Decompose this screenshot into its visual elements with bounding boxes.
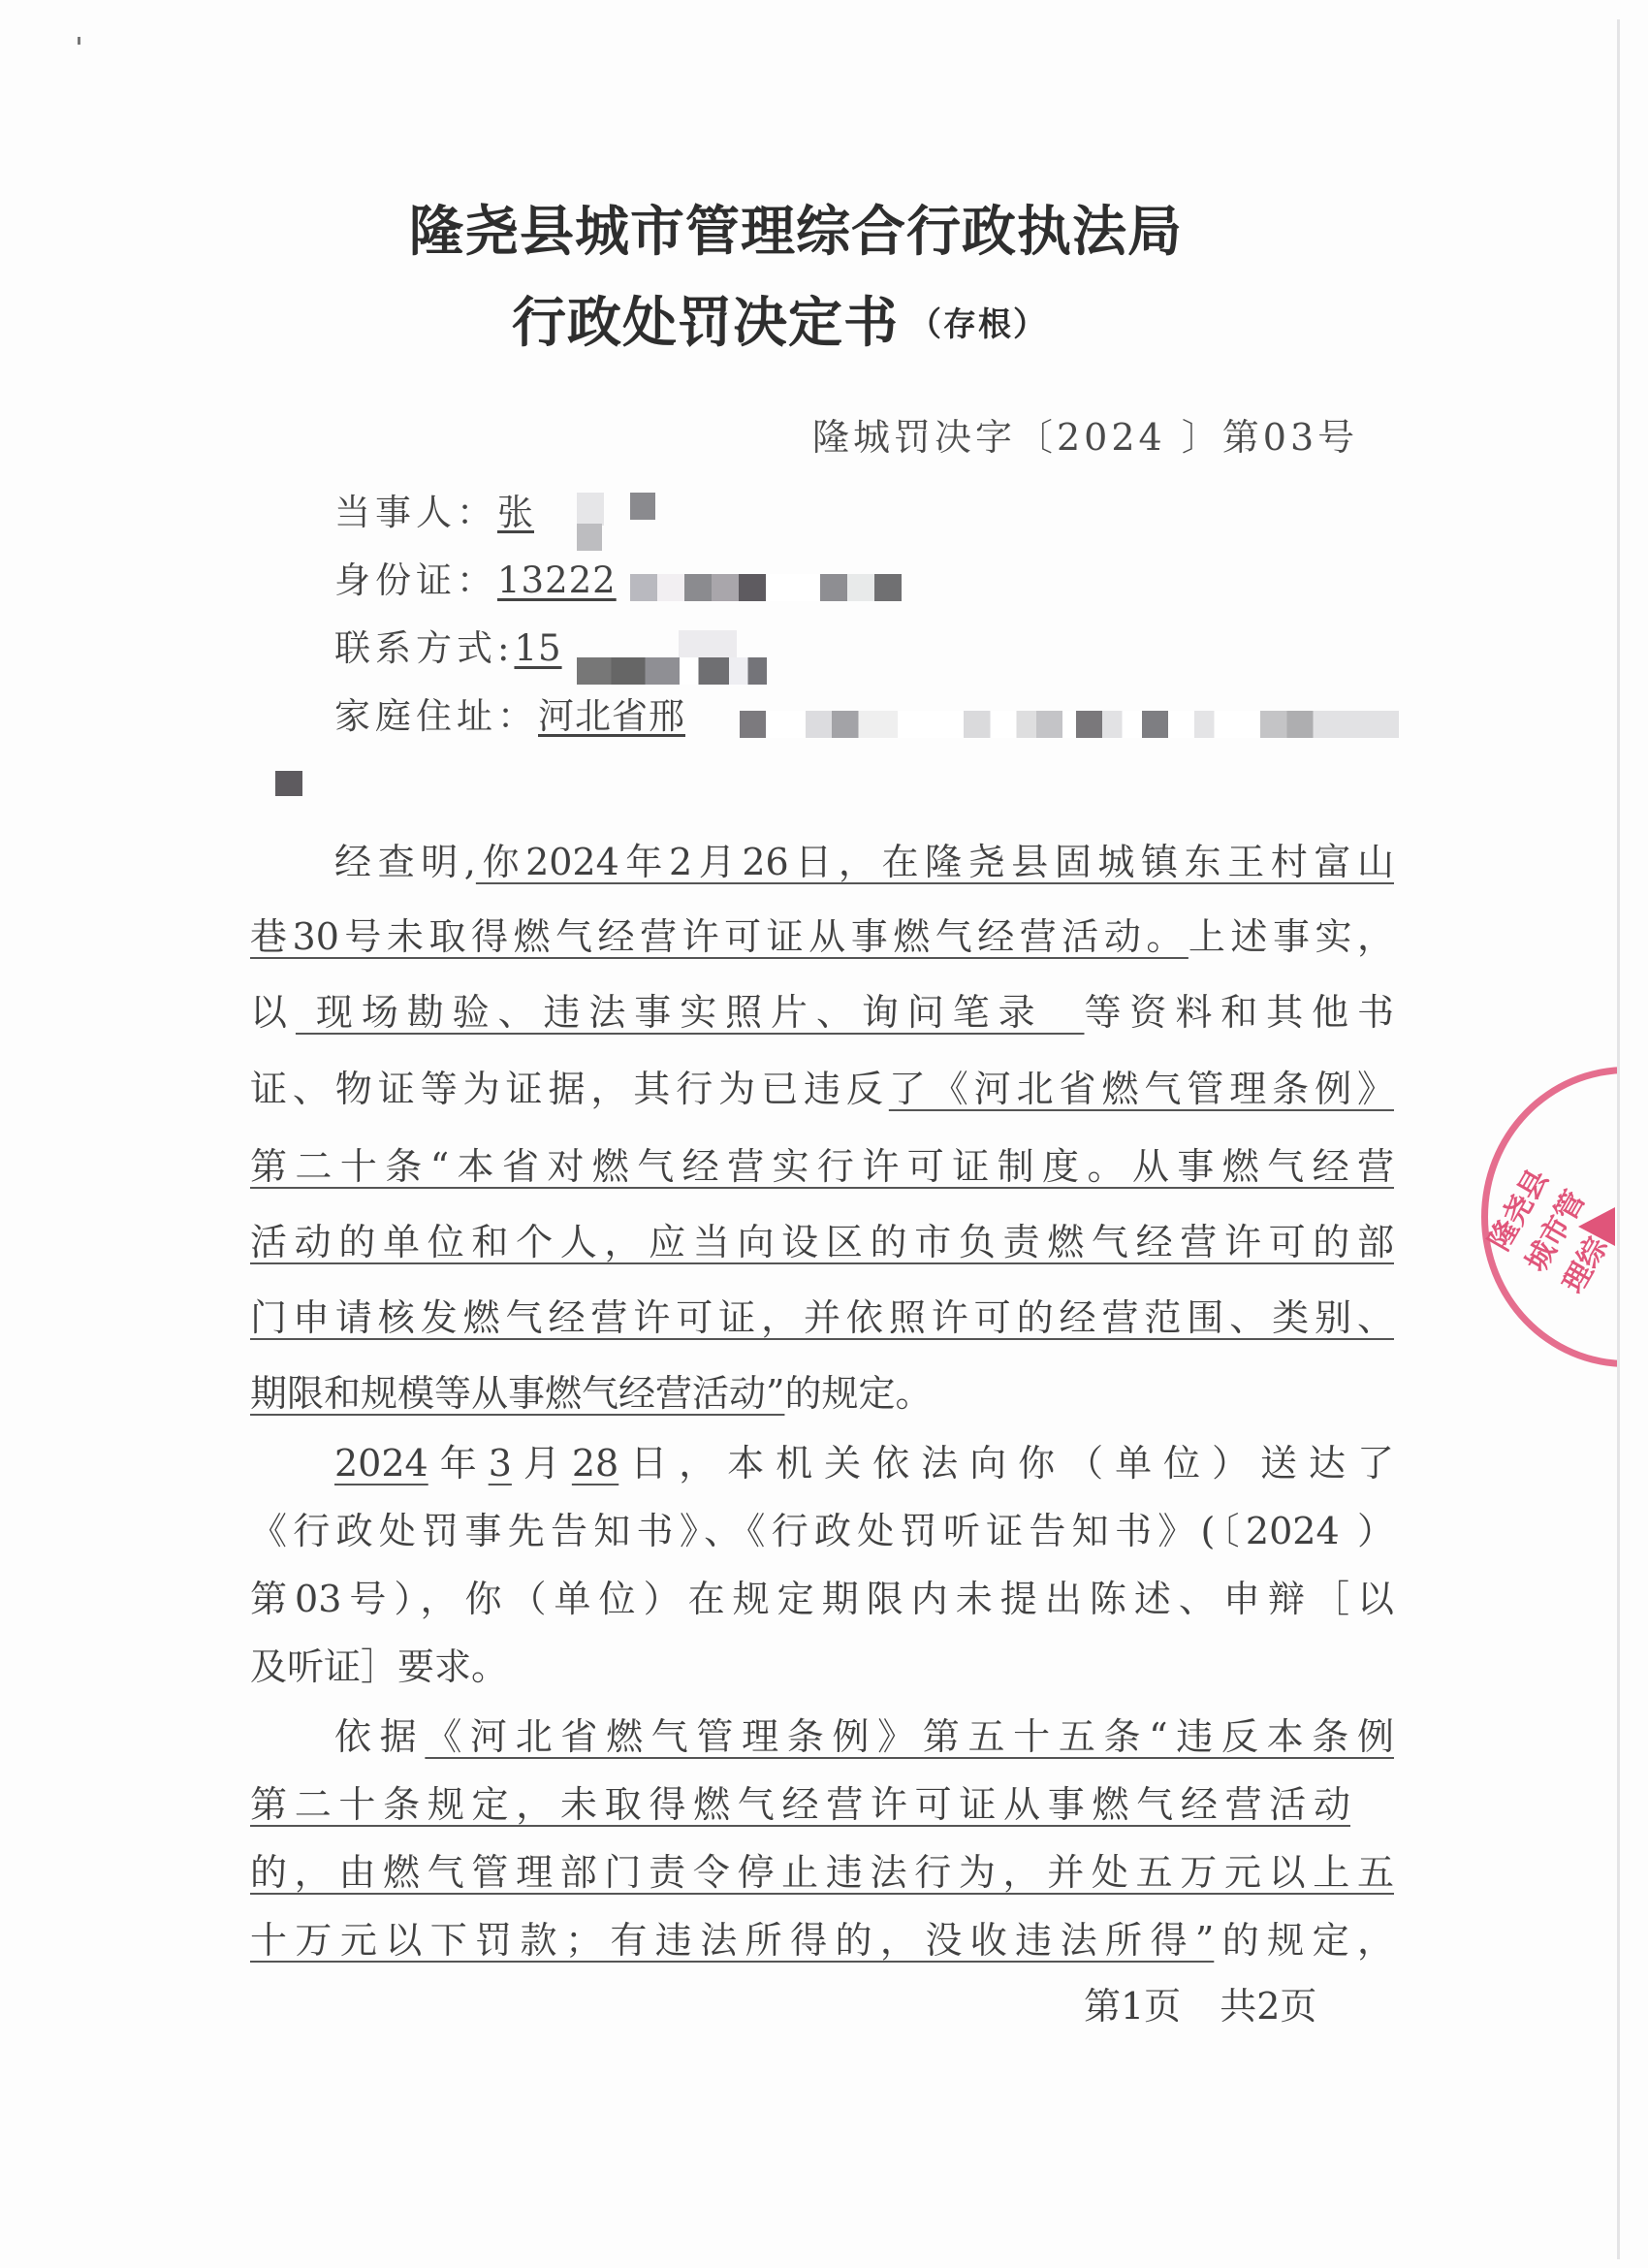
- party-id-label: 身份证：: [334, 559, 497, 601]
- text-plain: 等资料和其他书: [1085, 991, 1394, 1034]
- text-line: 门申请核发燃气经营许可证，并依照许可的经营范围、类别、: [250, 1299, 1394, 1336]
- party-address-value: 河北省邢: [538, 695, 685, 737]
- party-id-value: 13222: [497, 559, 617, 601]
- text-line: 以 现场勘验、违法事实照片、询问笔录 等资料和其他书: [250, 994, 1394, 1031]
- text-plain: 日，本机关依法向你（单位）送达了: [618, 1442, 1394, 1485]
- page-number: 第1页共2页: [1084, 1988, 1355, 2025]
- text-line: 2024年3月28日，本机关依法向你（单位）送达了: [334, 1445, 1394, 1482]
- text-plain: 依据: [334, 1715, 425, 1758]
- title-suffix: （存根）: [908, 305, 1048, 344]
- date-day: 28: [572, 1442, 618, 1485]
- text-underlined: 现场勘验、违法事实照片、询问笔录: [296, 991, 1085, 1034]
- text-underlined: 你2024年2月26日，在隆尧县固城镇东王村富山: [476, 841, 1394, 883]
- text-line: 依据《河北省燃气管理条例》第五十五条“违反本条例: [334, 1718, 1394, 1755]
- page-current: 第1页: [1084, 1985, 1181, 2028]
- text-line: 活动的单位和个人，应当向设区的市负责燃气经营许可的部: [250, 1224, 1394, 1261]
- text-plain: 月: [512, 1442, 572, 1485]
- party-contact-label: 联系方式:: [334, 627, 514, 669]
- redaction-block: [740, 711, 1399, 738]
- text-line: 期限和规模等从事燃气经营活动”的规定。: [250, 1375, 1394, 1412]
- party-name-label: 当事人：: [334, 492, 497, 533]
- redaction-block: [577, 657, 767, 685]
- title-main: 行政处罚决定书: [512, 292, 899, 355]
- text-underlined: 十万元以下罚款；有违法所得的，没收违法所得”: [250, 1919, 1214, 1962]
- text-line: 《行政处罚事先告知书》、《行政处罚听证告知书》(〔2024 ）: [250, 1513, 1394, 1549]
- document-number: 隆城罚决字〔2024 〕第03号: [812, 419, 1358, 456]
- text-line: 第二十条规定，未取得燃气经营许可证从事燃气经营活动: [250, 1786, 1350, 1823]
- party-name-row: 当事人：张: [334, 495, 534, 530]
- text-underlined: 巷30号未取得燃气经营许可证从事燃气经营活动。: [250, 915, 1188, 958]
- text-plain: 以: [250, 991, 296, 1034]
- party-name-value: 张: [497, 492, 534, 533]
- text-underlined: 活动的单位和个人，应当向设区的市负责燃气经营许可的部: [250, 1221, 1394, 1263]
- party-contact-value: 15: [514, 627, 561, 669]
- redaction-block: [630, 574, 902, 601]
- text-line: 的，由燃气管理部门责令停止违法行为，并处五万元以上五: [250, 1854, 1394, 1891]
- text-line: 巷30号未取得燃气经营许可证从事燃气经营活动。上述事实，: [250, 918, 1394, 955]
- redaction-block: [577, 524, 602, 551]
- redaction-block: [679, 630, 737, 657]
- page-total: 共2页: [1220, 1985, 1316, 2028]
- text-line: 十万元以下罚款；有违法所得的，没收违法所得”的规定，: [250, 1922, 1394, 1959]
- text-line: 经查明,你2024年2月26日，在隆尧县固城镇东王村富山: [334, 844, 1394, 880]
- text-underlined: 第二十条规定，未取得燃气经营许可证从事燃气经营活动: [250, 1783, 1350, 1826]
- redaction-block: [275, 771, 302, 796]
- party-contact-row: 联系方式:15: [334, 630, 562, 666]
- text-underlined: 门申请核发燃气经营许可证，并依照许可的经营范围、类别、: [250, 1296, 1394, 1339]
- date-month: 3: [489, 1442, 512, 1485]
- official-seal: 隆尧县城市管理综: [1464, 1047, 1617, 1387]
- text-underlined: 期限和规模等从事燃气经营活动”: [250, 1372, 784, 1415]
- party-id-row: 身份证：13222: [334, 562, 617, 598]
- document-title-type: 行政处罚决定书（存根）: [512, 297, 1048, 351]
- text-plain: 经查明,: [334, 841, 476, 883]
- redaction-block: [577, 493, 604, 526]
- party-address-row: 家庭住址：河北省邢: [334, 698, 685, 734]
- page-edge: [1617, 19, 1620, 2259]
- text-underlined: 的，由燃气管理部门责令停止违法行为，并处五万元以上五: [250, 1851, 1394, 1894]
- scan-speck: [78, 37, 80, 45]
- text-plain: 年: [428, 1442, 489, 1485]
- date-year: 2024: [334, 1442, 428, 1485]
- redaction-block: [630, 493, 655, 520]
- text-plain: 上述事实，: [1188, 915, 1394, 958]
- text-plain: 证、物证等为证据，其行为已违反: [250, 1068, 889, 1110]
- text-plain: 的规定。: [784, 1372, 932, 1415]
- text-underlined: 第二十条“本省对燃气经营实行许可证制度。从事燃气经营: [250, 1145, 1394, 1188]
- text-plain: 的规定，: [1214, 1919, 1394, 1962]
- text-line: 证、物证等为证据，其行为已违反了《河北省燃气管理条例》: [250, 1070, 1394, 1107]
- document-page: 隆尧县城市管理综合行政执法局 行政处罚决定书（存根） 隆城罚决字〔2024 〕第…: [0, 0, 1648, 2268]
- text-underlined: 了《河北省燃气管理条例》: [889, 1068, 1394, 1110]
- text-line: 及听证］要求。: [250, 1648, 1394, 1685]
- party-address-label: 家庭住址：: [334, 695, 538, 737]
- text-underlined: 《河北省燃气管理条例》第五十五条“违反本条例: [425, 1715, 1394, 1758]
- document-title-agency: 隆尧县城市管理综合行政执法局: [0, 206, 1183, 260]
- text-line: 第03号），你（单位）在规定期限内未提出陈述、申辩［以: [250, 1581, 1394, 1617]
- text-line: 第二十条“本省对燃气经营实行许可证制度。从事燃气经营: [250, 1148, 1394, 1185]
